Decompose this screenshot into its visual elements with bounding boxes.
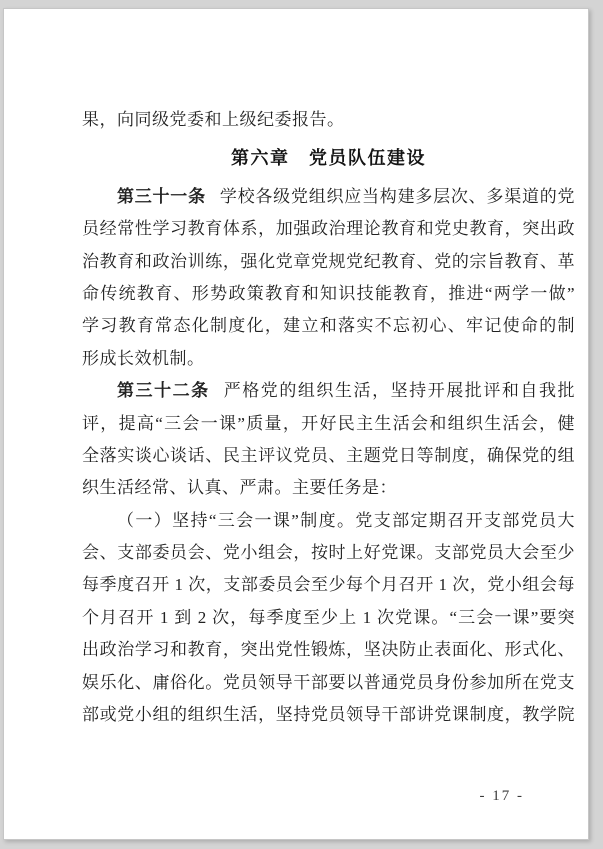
article-32-line-2: 评，提高“三会一课”质量，开好民主生活会和组织生活会，健 [82,408,575,440]
page-number: - 17 - [480,788,525,805]
article-31-line-4: 命传统教育、形势政策教育和知识技能教育，推进“两学一做” [82,278,575,310]
item-1-line-3: 每季度召开 1 次，支部委员会至少每个月召开 1 次，党小组会每 [82,569,575,601]
article-32-line-1: 第三十二条严格党的组织生活，坚持开展批评和自我批 [82,375,575,407]
article-32-line-4: 织生活经常、认真、严肃。主要任务是： [82,472,575,504]
item-1-line-5: 出政治学习和教育，突出党性锻炼，坚决防止表面化、形式化、 [82,634,575,666]
document-page: 果，向同级党委和上级纪委报告。 第六章 党员队伍建设 第三十一条学校各级党组织应… [3,8,589,840]
article-32-line-3: 全落实谈心谈话、民主评议党员、主题党日等制度，确保党的组 [82,440,575,472]
continuation-line: 果，向同级党委和上级纪委报告。 [82,104,575,136]
article-31-line-5: 学习教育常态化制度化，建立和落实不忘初心、牢记使命的制度， [82,310,575,342]
chapter-heading: 第六章 党员队伍建设 [82,142,575,174]
article-31-line-1: 第三十一条学校各级党组织应当构建多层次、多渠道的党 [82,181,575,213]
article-31-line-2: 员经常性学习教育体系，加强政治理论教育和党史教育，突出政 [82,213,575,245]
article-32-text-start: 严格党的组织生活，坚持开展批评和自我批 [224,381,575,400]
item-1-line-6: 娱乐化、庸俗化。党员领导干部要以普通党员身份参加所在党支 [82,667,575,699]
article-31-line-3: 治教育和政治训练，强化党章党规党纪教育、党的宗旨教育、革 [82,246,575,278]
article-32-number: 第三十二条 [117,381,210,400]
item-1-line-4: 个月召开 1 到 2 次，每季度至少上 1 次党课。“三会一课”要突 [82,602,575,634]
article-31-line-6: 形成长效机制。 [82,343,575,375]
item-1-line-1: （一）坚持“三会一课”制度。党支部定期召开支部党员大 [82,505,575,537]
item-1-line-2: 会、支部委员会、党小组会，按时上好党课。支部党员大会至少 [82,537,575,569]
document-viewer: 果，向同级党委和上级纪委报告。 第六章 党员队伍建设 第三十一条学校各级党组织应… [0,0,603,849]
article-31-text-start: 学校各级党组织应当构建多层次、多渠道的党 [220,187,575,206]
item-1-line-7: 部或党小组的组织生活，坚持党员领导干部讲党课制度，教学院 [82,699,575,731]
text-column: 果，向同级党委和上级纪委报告。 第六章 党员队伍建设 第三十一条学校各级党组织应… [82,104,575,731]
article-31-number: 第三十一条 [117,187,206,206]
